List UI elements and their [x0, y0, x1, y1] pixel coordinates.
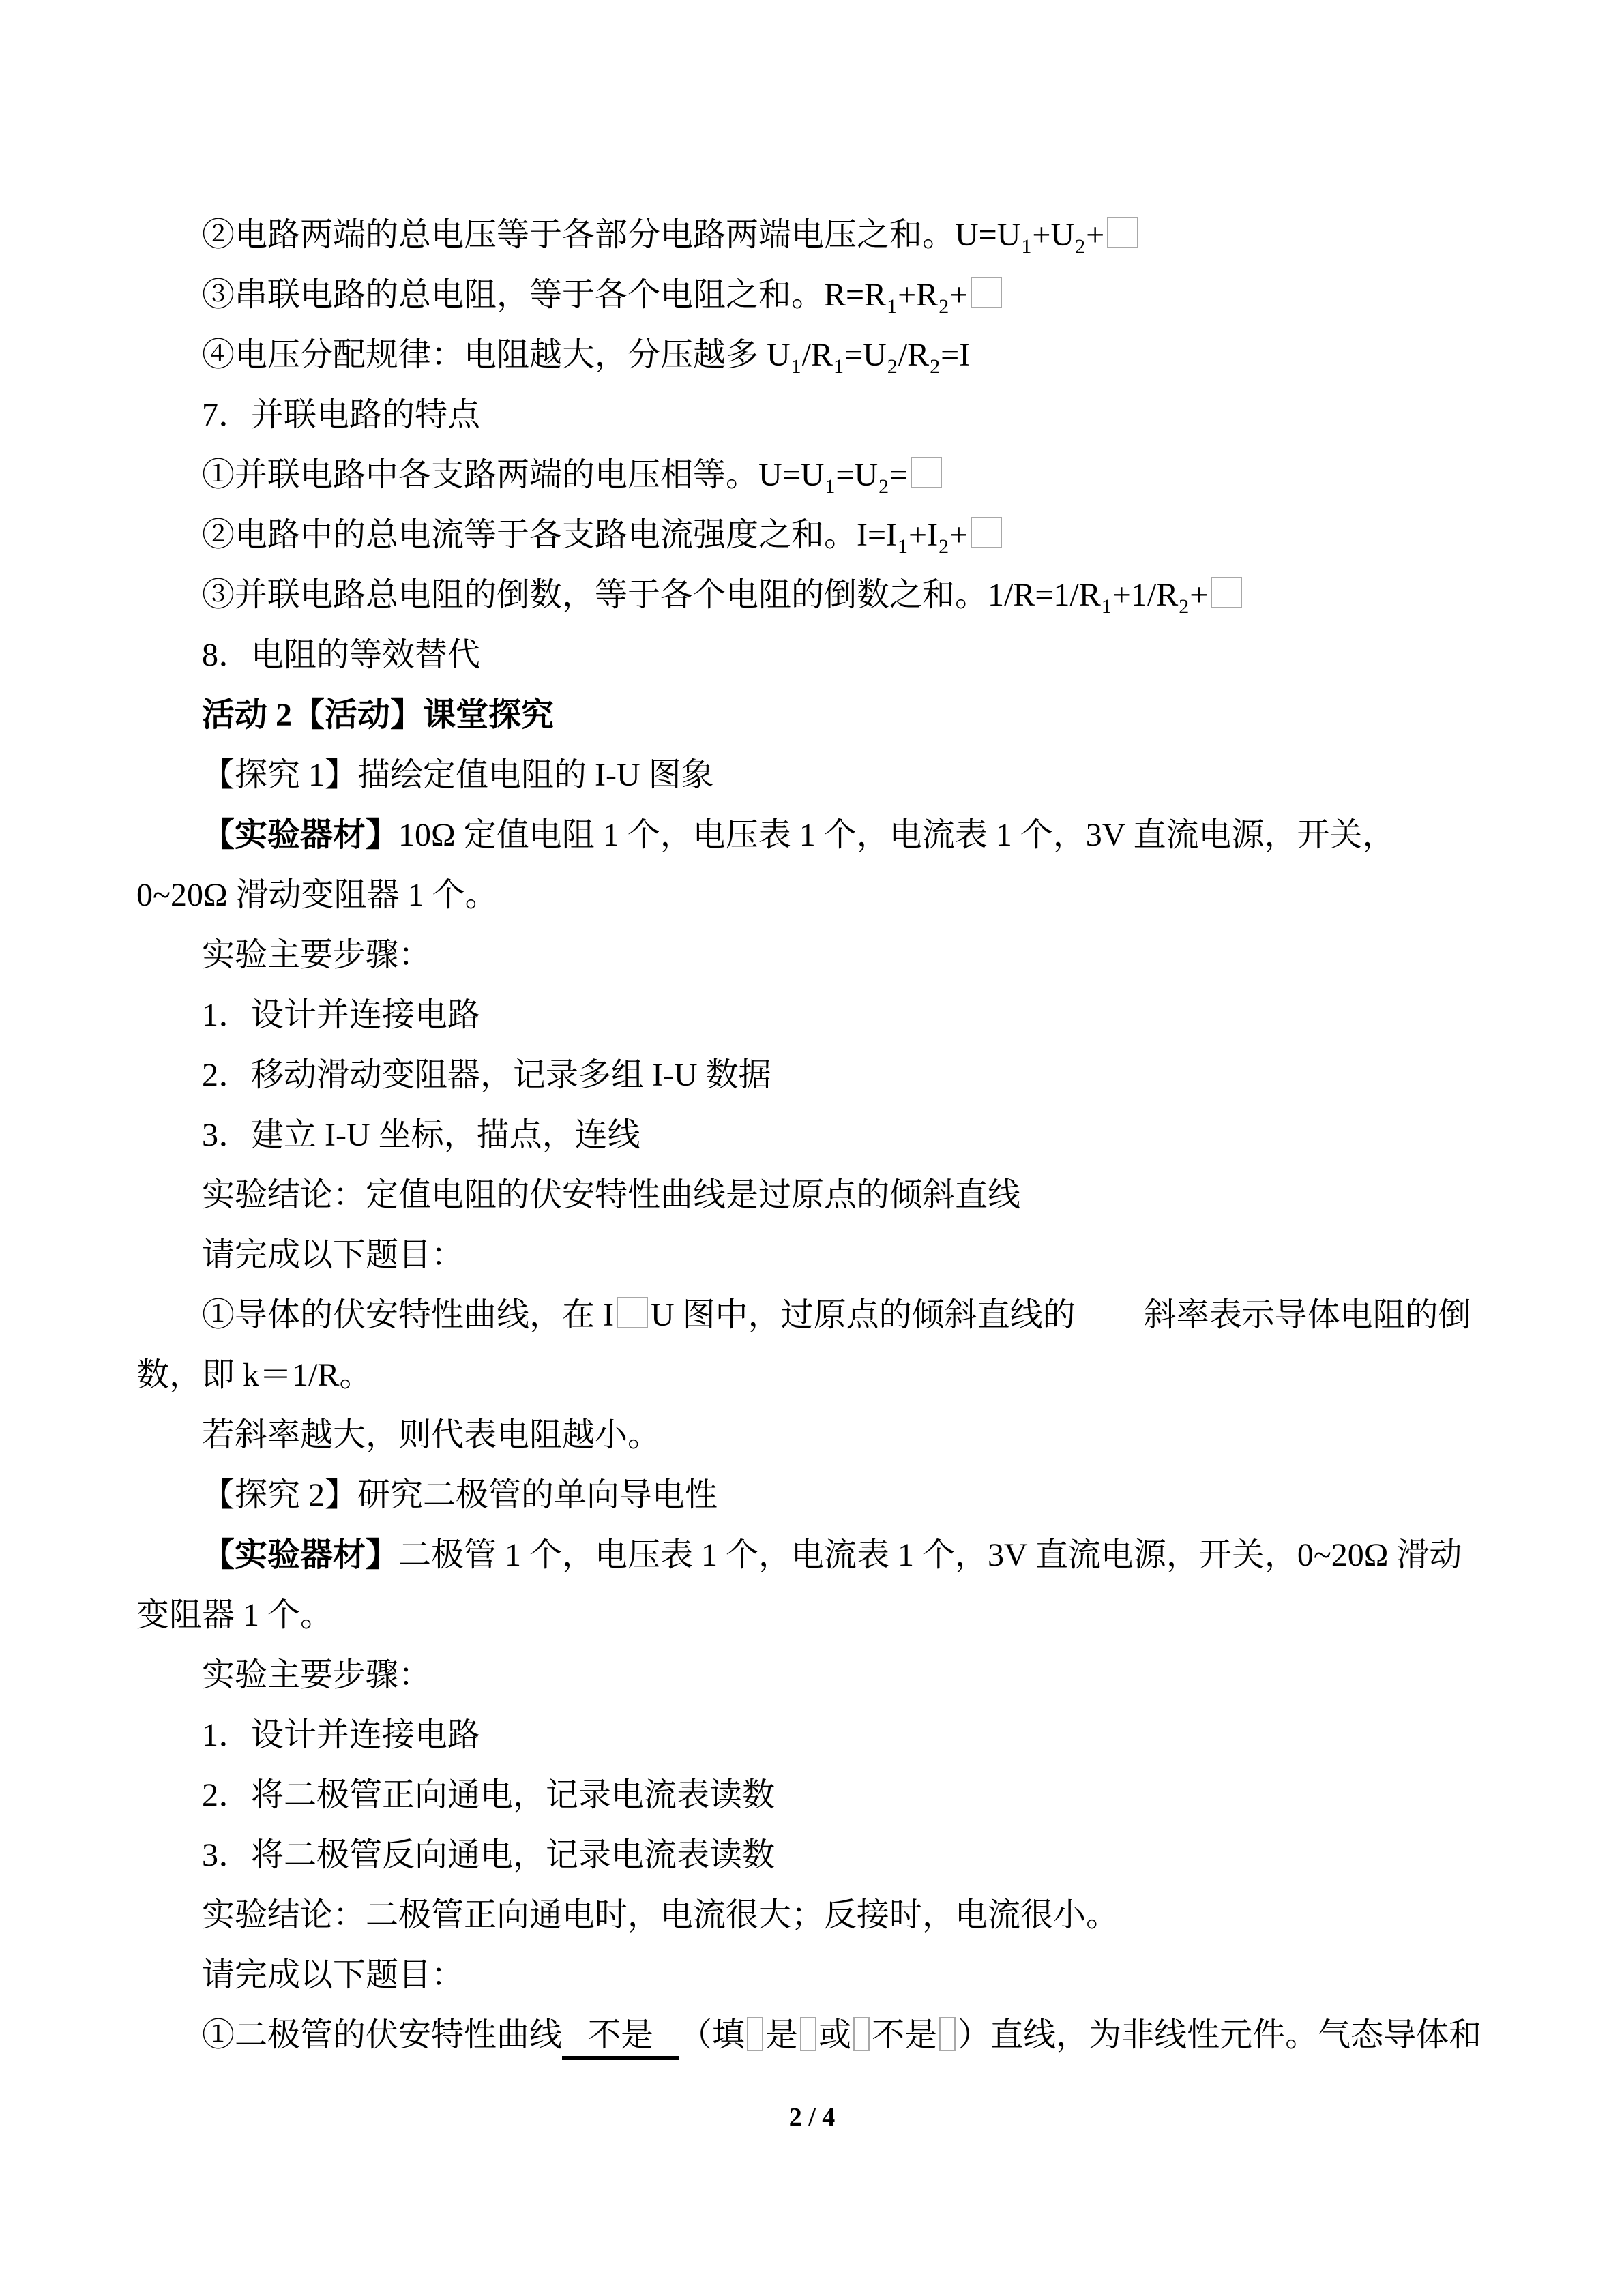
text-line-24: 变阻器 1 个。 [136, 1585, 1494, 1645]
subscript-text: 1 [824, 475, 836, 498]
text-line-15: 2．移动滑动变阻器，记录多组 I-U 数据 [136, 1045, 1494, 1105]
text-line-9: 活动 2【活动】课堂探究 [136, 685, 1494, 745]
text-line-26: 1．设计并连接电路 [136, 1705, 1494, 1765]
subscript-text: 2 [938, 535, 949, 558]
text-line-12: 0~20Ω 滑动变阻器 1 个。 [136, 865, 1494, 925]
text-segment: 数，即 k＝1/R。 [136, 1357, 372, 1393]
text-segment: 3．将二极管反向通电，记录电流表读数 [202, 1837, 775, 1873]
placeholder-box-narrow [939, 2017, 956, 2051]
subscript-text: 2 [887, 355, 898, 378]
subscript-text: 2 [878, 475, 889, 498]
text-line-13: 实验主要步骤： [136, 925, 1494, 985]
placeholder-box-narrow [747, 2017, 763, 2051]
bold-text-segment: 【实验器材】 [202, 1537, 398, 1573]
placeholder-box-narrow [853, 2017, 870, 2051]
page-number-label: 2 / 4 [789, 2103, 836, 2132]
placeholder-box [911, 457, 942, 488]
text-segment: 实验主要步骤： [202, 937, 431, 973]
text-segment: ②电路中的总电流等于各支路电流强度之和。I=I [202, 517, 897, 553]
text-segment: 3．建立 I-U 坐标，描点，连线 [202, 1117, 640, 1153]
text-segment: 10Ω 定值电阻 1 个，电压表 1 个，电流表 1 个，3V 直流电源，开关， [398, 817, 1395, 853]
text-segment: 【探究 1】描绘定值电阻的 I-U 图象 [202, 757, 714, 793]
text-line-7: ③并联电路总电阻的倒数，等于各个电阻的倒数之和。1/R=1/R1+1/R2+ [136, 565, 1494, 625]
text-line-2: ③串联电路的总电阻，等于各个电阻之和。R=R1+R2+ [136, 265, 1494, 325]
placeholder-box [1211, 577, 1242, 608]
text-line-27: 2．将二极管正向通电，记录电流表读数 [136, 1765, 1494, 1825]
text-line-10: 【探究 1】描绘定值电阻的 I-U 图象 [136, 745, 1494, 805]
text-segment: 二极管 1 个，电压表 1 个，电流表 1 个，3V 直流电源，开关，0~20Ω… [398, 1537, 1462, 1573]
text-line-28: 3．将二极管反向通电，记录电流表读数 [136, 1825, 1494, 1885]
text-segment: + [949, 277, 968, 313]
text-segment: +1/R [1112, 577, 1178, 613]
subscript-text: 1 [897, 535, 909, 558]
document-content: ②电路两端的总电压等于各部分电路两端电压之和。U=U1+U2+③串联电路的总电阻… [136, 205, 1494, 2066]
text-segment: 1．设计并连接电路 [202, 997, 480, 1033]
text-segment: 或 [818, 2017, 851, 2053]
text-segment: ①导体的伏安特性曲线，在 I [202, 1297, 614, 1333]
document-page: ②电路两端的总电压等于各部分电路两端电压之和。U=U1+U2+③串联电路的总电阻… [0, 0, 1624, 2296]
text-segment: + [949, 517, 968, 553]
text-line-20: 数，即 k＝1/R。 [136, 1345, 1494, 1405]
placeholder-box [971, 277, 1002, 308]
text-line-21: 若斜率越大，则代表电阻越小。 [136, 1405, 1494, 1465]
placeholder-box [1107, 217, 1138, 248]
text-line-14: 1．设计并连接电路 [136, 985, 1494, 1045]
text-segment: 请完成以下题目： [202, 1957, 464, 1993]
placeholder-box [617, 1297, 648, 1328]
subscript-text: 2 [938, 295, 949, 318]
text-line-25: 实验主要步骤： [136, 1645, 1494, 1705]
text-segment: + [1086, 217, 1104, 253]
text-segment: ）直线，为非线性元件。气态导体和 [958, 2017, 1481, 2053]
text-segment: +I [909, 517, 938, 553]
text-segment: =I [941, 337, 970, 373]
text-line-18: 请完成以下题目： [136, 1225, 1494, 1285]
subscript-text: 1 [886, 295, 898, 318]
text-segment: /R [898, 337, 929, 373]
text-segment: 2．移动滑动变阻器，记录多组 I-U 数据 [202, 1057, 771, 1093]
text-line-6: ②电路中的总电流等于各支路电流强度之和。I=I1+I2+ [136, 505, 1494, 565]
text-segment: = [889, 457, 908, 493]
text-segment: 实验结论：二极管正向通电时，电流很大；反接时，电流很小。 [202, 1897, 1119, 1933]
subscript-text: 2 [1074, 235, 1086, 258]
subscript-text: 2 [929, 355, 941, 378]
text-segment: 2．将二极管正向通电，记录电流表读数 [202, 1777, 775, 1813]
text-segment: 斜率表示导体电阻的倒 [1144, 1297, 1471, 1333]
text-segment: =U [836, 457, 878, 493]
subscript-text: 2 [1178, 595, 1190, 618]
text-segment: 变阻器 1 个。 [136, 1597, 333, 1633]
text-segment: 【探究 2】研究二极管的单向导电性 [202, 1477, 718, 1513]
text-segment: ③并联电路总电阻的倒数，等于各个电阻的倒数之和。1/R=1/R [202, 577, 1101, 613]
bold-text-segment: 活动 2【活动】课堂探究 [202, 697, 554, 733]
text-line-29: 实验结论：二极管正向通电时，电流很大；反接时，电流很小。 [136, 1885, 1494, 1945]
text-line-11: 【实验器材】10Ω 定值电阻 1 个，电压表 1 个，电流表 1 个，3V 直流… [136, 805, 1494, 865]
text-line-16: 3．建立 I-U 坐标，描点，连线 [136, 1105, 1494, 1165]
text-segment: ④电压分配规律：电阻越大，分压越多 U [202, 337, 791, 373]
underlined-answer: 不是 [562, 2017, 679, 2060]
text-line-23: 【实验器材】二极管 1 个，电压表 1 个，电流表 1 个，3V 直流电源，开关… [136, 1525, 1494, 1585]
text-line-5: ①并联电路中各支路两端的电压相等。U=U1=U2= [136, 445, 1494, 505]
text-line-22: 【探究 2】研究二极管的单向导电性 [136, 1465, 1494, 1525]
text-segment: +R [898, 277, 938, 313]
page-number: 2 / 4 [0, 2100, 1624, 2134]
text-segment: 8．电阻的等效替代 [202, 637, 480, 673]
text-line-4: 7．并联电路的特点 [136, 385, 1494, 445]
placeholder-box-narrow [800, 2017, 816, 2051]
text-segment: +U [1032, 217, 1074, 253]
subscript-text: 1 [1020, 235, 1032, 258]
text-segment: 请完成以下题目： [202, 1237, 464, 1273]
subscript-text: 1 [1101, 595, 1112, 618]
subscript-text: 1 [833, 355, 844, 378]
text-segment: 0~20Ω 滑动变阻器 1 个。 [136, 877, 498, 913]
text-segment: + [1190, 577, 1208, 613]
text-segment: （填 [679, 2017, 745, 2053]
text-line-1: ②电路两端的总电压等于各部分电路两端电压之和。U=U1+U2+ [136, 205, 1494, 265]
text-segment: 是 [765, 2017, 798, 2053]
text-segment: 1．设计并连接电路 [202, 1717, 480, 1753]
text-segment: ②电路两端的总电压等于各部分电路两端电压之和。U=U [202, 217, 1020, 253]
placeholder-box [971, 517, 1002, 548]
text-line-31: ①二极管的伏安特性曲线不是（填是或不是）直线，为非线性元件。气态导体和 [136, 2006, 1494, 2066]
bold-text-segment: 【实验器材】 [202, 817, 398, 853]
text-line-8: 8．电阻的等效替代 [136, 625, 1494, 685]
text-line-30: 请完成以下题目： [136, 1945, 1494, 2006]
text-segment: /R [802, 337, 833, 373]
text-segment: 7．并联电路的特点 [202, 397, 480, 433]
text-segment: 若斜率越大，则代表电阻越小。 [202, 1417, 660, 1453]
text-segment: 不是 [872, 2017, 937, 2053]
text-segment: 实验主要步骤： [202, 1657, 431, 1693]
text-line-17: 实验结论：定值电阻的伏安特性曲线是过原点的倾斜直线 [136, 1165, 1494, 1225]
text-segment: =U [844, 337, 887, 373]
text-segment: U 图中，过原点的倾斜直线的 [651, 1297, 1076, 1333]
text-line-3: ④电压分配规律：电阻越大，分压越多 U1/R1=U2/R2=I [136, 325, 1494, 385]
text-segment: ①二极管的伏安特性曲线 [202, 2017, 562, 2053]
text-segment: 实验结论：定值电阻的伏安特性曲线是过原点的倾斜直线 [202, 1177, 1020, 1213]
text-segment: ③串联电路的总电阻，等于各个电阻之和。R=R [202, 277, 886, 313]
text-segment: ①并联电路中各支路两端的电压相等。U=U [202, 457, 824, 493]
text-line-19: ①导体的伏安特性曲线，在 IU 图中，过原点的倾斜直线的斜率表示导体电阻的倒 [136, 1285, 1494, 1345]
subscript-text: 1 [791, 355, 802, 378]
